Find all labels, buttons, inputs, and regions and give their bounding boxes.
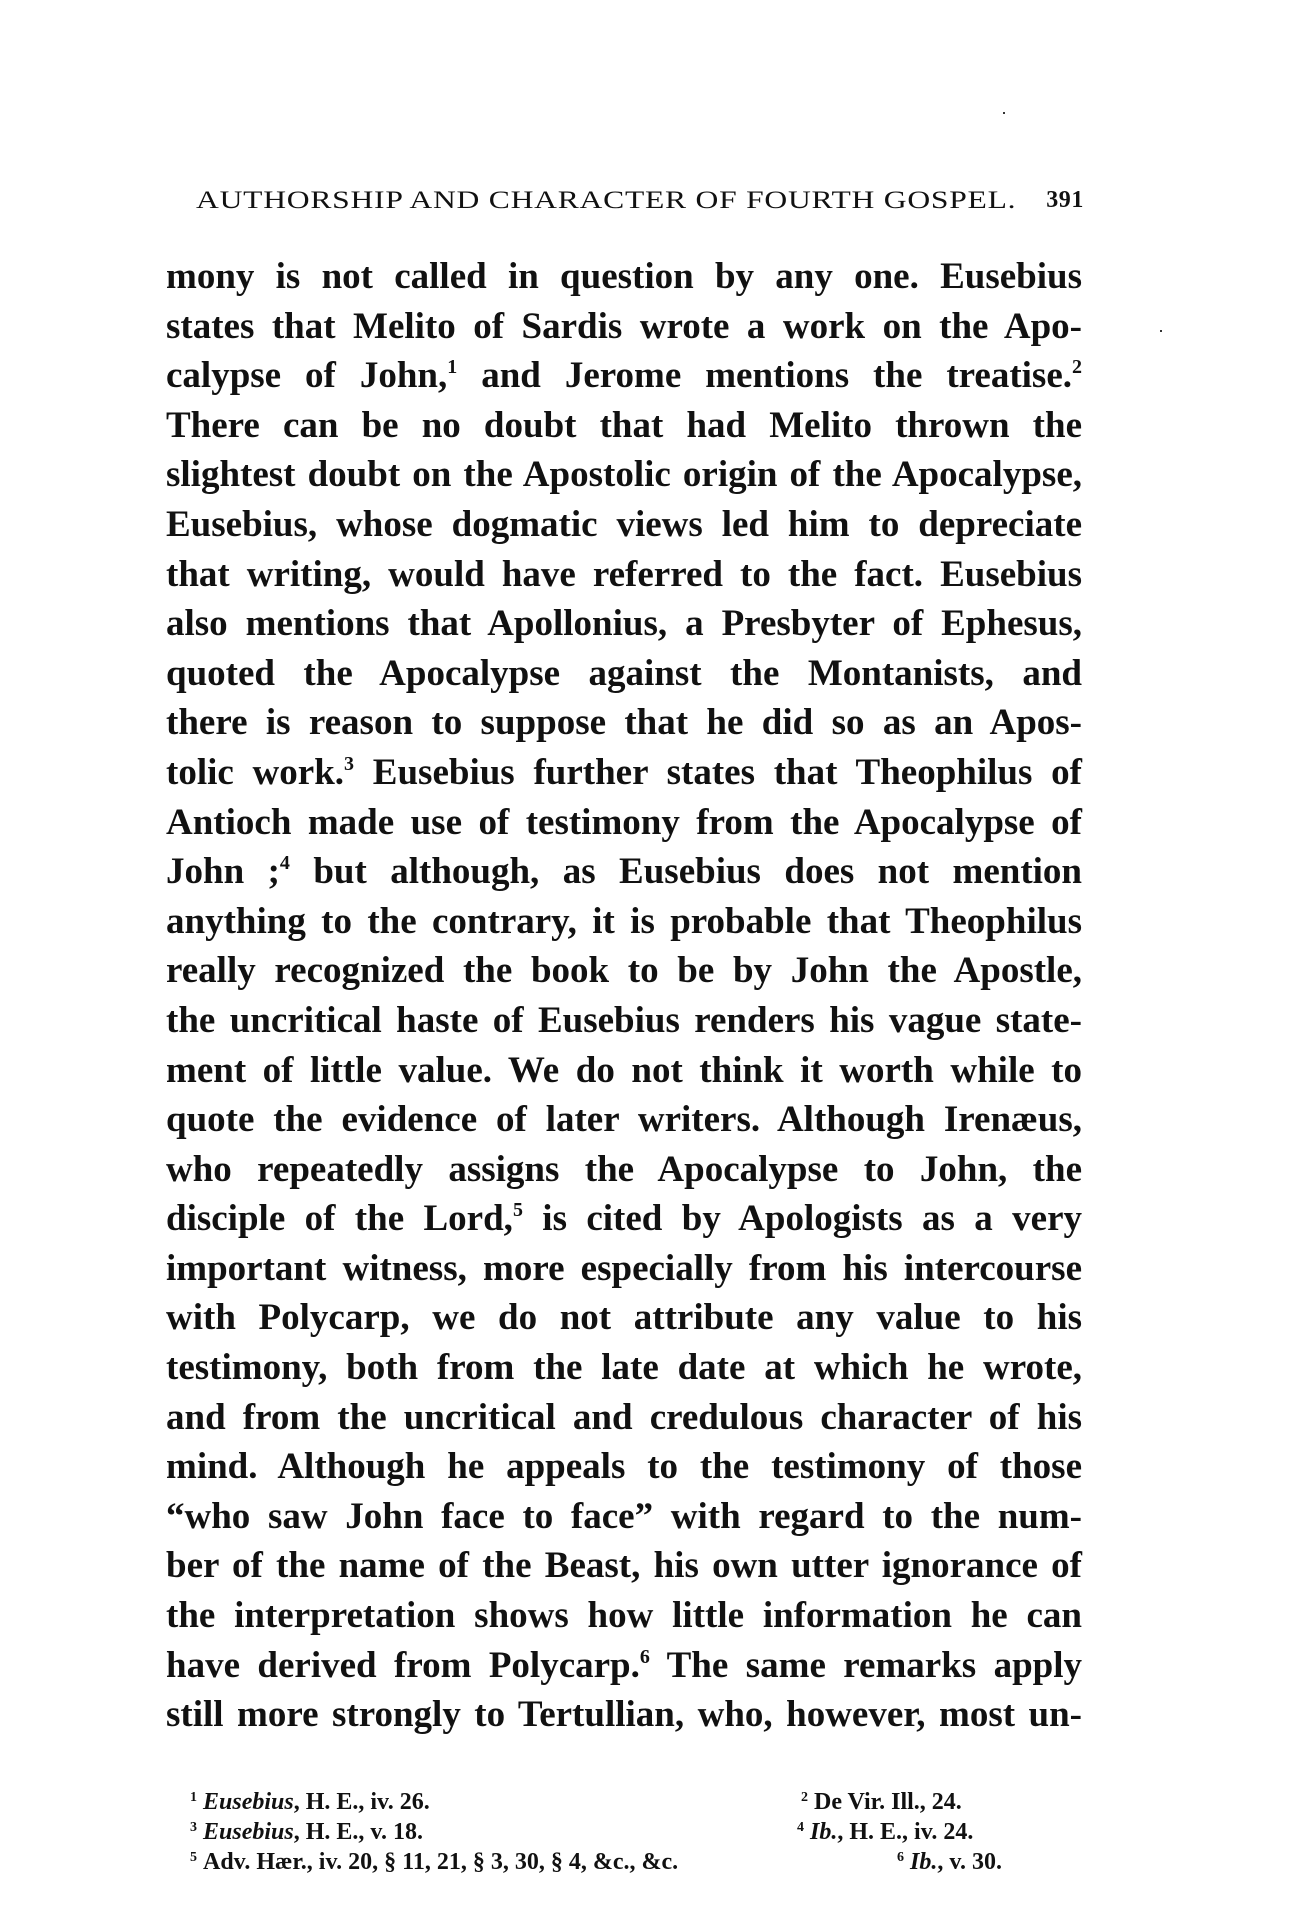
text-segment: The same remarks apply (650, 1645, 1082, 1686)
text-segment: states that Melito of Sardis wrote a wor… (166, 306, 1082, 347)
text-segment: who repeatedly assigns the Apocalypse to… (166, 1149, 1082, 1190)
text-line: who repeatedly assigns the Apocalypse to… (166, 1145, 1082, 1195)
text-segment: the interpretation shows how little info… (166, 1595, 1082, 1636)
text-segment: slightest doubt on the Apostolic origin … (166, 454, 1082, 495)
footnote-row: 3Eusebius, H. E., v. 18. 4Ib., H. E., iv… (190, 1813, 1080, 1843)
footnote-row: 5Adv. Hær., iv. 20, § 11, 21, § 3, 30, §… (190, 1843, 1080, 1873)
text-segment: ment of little value. We do not think it… (166, 1050, 1082, 1091)
text-line: there is reason to suppose that he did s… (166, 698, 1082, 748)
text-line: John ;4 but although, as Eusebius does n… (166, 847, 1082, 897)
page-number: 391 (1046, 187, 1084, 214)
footnote-reference: 2 (1072, 356, 1082, 378)
text-line: and from the uncritical and credulous ch… (166, 1393, 1082, 1443)
text-line: quote the evidence of later writers. Alt… (166, 1095, 1082, 1145)
text-segment: quote the evidence of later writers. Alt… (166, 1099, 1082, 1140)
text-segment: but although, as Eusebius does not menti… (290, 851, 1082, 892)
text-line: slightest doubt on the Apostolic origin … (166, 450, 1082, 500)
text-line: mony is not called in question by any on… (166, 252, 1082, 302)
text-line: the uncritical haste of Eusebius renders… (166, 996, 1082, 1046)
text-line: There can be no doubt that had Melito th… (166, 401, 1082, 451)
text-segment: that writing, would have referred to the… (166, 554, 1082, 595)
text-line: disciple of the Lord,5 is cited by Apolo… (166, 1194, 1082, 1244)
text-segment: important witness, more especially from … (166, 1248, 1082, 1289)
text-line: Eusebius, whose dogmatic views led him t… (166, 500, 1082, 550)
text-line: important witness, more especially from … (166, 1244, 1082, 1294)
footnote-reference: 6 (640, 1646, 650, 1668)
text-line: really recognized the book to be by John… (166, 946, 1082, 996)
text-line: also mentions that Apollonius, a Presbyt… (166, 599, 1082, 649)
text-segment: is cited by Apologists as a very (523, 1198, 1082, 1239)
text-line: the interpretation shows how little info… (166, 1591, 1082, 1641)
text-segment: ber of the name of the Beast, his own ut… (166, 1545, 1082, 1586)
text-line: calypse of John,1 and Jerome mentions th… (166, 351, 1082, 401)
text-segment: really recognized the book to be by John… (166, 950, 1082, 991)
book-page: AUTHORSHIP AND CHARACTER OF FOURTH GOSPE… (0, 0, 1292, 1925)
text-line: “who saw John face to face” with regard … (166, 1492, 1082, 1542)
text-line: still more strongly to Tertullian, who, … (166, 1690, 1082, 1740)
text-segment: there is reason to suppose that he did s… (166, 702, 1082, 743)
footnote-1: 1Eusebius, H. E., iv. 26. (190, 1783, 430, 1817)
text-segment: “who saw John face to face” with regard … (166, 1496, 1082, 1537)
text-line: mind. Although he appeals to the testimo… (166, 1442, 1082, 1492)
text-segment: also mentions that Apollonius, a Presbyt… (166, 603, 1082, 644)
text-segment: quoted the Apocalypse against the Montan… (166, 653, 1082, 694)
text-segment: and from the uncritical and credulous ch… (166, 1397, 1082, 1438)
footnote-5: 5Adv. Hær., iv. 20, § 11, 21, § 3, 30, §… (190, 1843, 678, 1877)
running-title: AUTHORSHIP AND CHARACTER OF FOURTH GOSPE… (196, 187, 1016, 215)
footnote-2: 2De Vir. Ill., 24. (801, 1783, 962, 1817)
text-segment: There can be no doubt that had Melito th… (166, 405, 1082, 446)
running-head: AUTHORSHIP AND CHARACTER OF FOURTH GOSPE… (196, 187, 1084, 221)
text-segment: Antioch made use of testimony from the A… (166, 802, 1082, 843)
footnote-6: 6Ib., v. 30. (897, 1843, 1002, 1877)
text-line: ber of the name of the Beast, his own ut… (166, 1541, 1082, 1591)
text-line: ment of little value. We do not think it… (166, 1046, 1082, 1096)
text-segment: tolic work. (166, 752, 344, 793)
text-segment: John ; (166, 851, 280, 892)
text-line: that writing, would have referred to the… (166, 550, 1082, 600)
footnote-3: 3Eusebius, H. E., v. 18. (190, 1813, 423, 1847)
text-segment: testimony, both from the late date at wh… (166, 1347, 1082, 1388)
text-segment: and Jerome mentions the treatise. (457, 355, 1072, 396)
text-line: states that Melito of Sardis wrote a wor… (166, 302, 1082, 352)
text-segment: calypse of John, (166, 355, 447, 396)
text-segment: still more strongly to Tertullian, who, … (166, 1694, 1082, 1735)
footnote-reference: 4 (280, 852, 290, 874)
text-line: with Polycarp, we do not attribute any v… (166, 1293, 1082, 1343)
footnote-row: 1Eusebius, H. E., iv. 26. 2De Vir. Ill.,… (190, 1783, 1080, 1813)
text-line: Antioch made use of testimony from the A… (166, 798, 1082, 848)
text-segment: with Polycarp, we do not attribute any v… (166, 1297, 1082, 1338)
text-segment: mind. Although he appeals to the testimo… (166, 1446, 1082, 1487)
body-text: mony is not called in question by any on… (166, 252, 1082, 1740)
text-segment: Eusebius, whose dogmatic views led him t… (166, 504, 1082, 545)
scan-speck (1160, 330, 1162, 332)
footnote-reference: 3 (344, 753, 354, 775)
text-line: anything to the contrary, it is probable… (166, 897, 1082, 947)
footnote-reference: 5 (513, 1199, 523, 1221)
text-line: quoted the Apocalypse against the Montan… (166, 649, 1082, 699)
footnote-reference: 1 (447, 356, 457, 378)
text-line: have derived from Polycarp.6 The same re… (166, 1641, 1082, 1691)
text-line: tolic work.3 Eusebius further states tha… (166, 748, 1082, 798)
text-segment: disciple of the Lord, (166, 1198, 513, 1239)
text-line: testimony, both from the late date at wh… (166, 1343, 1082, 1393)
text-segment: mony is not called in question by any on… (166, 256, 1082, 297)
text-segment: anything to the contrary, it is probable… (166, 901, 1082, 942)
footnotes: 1Eusebius, H. E., iv. 26. 2De Vir. Ill.,… (190, 1783, 1080, 1873)
text-segment: have derived from Polycarp. (166, 1645, 640, 1686)
text-segment: Eusebius further states that Theophilus … (354, 752, 1082, 793)
scan-speck (1003, 112, 1005, 114)
footnote-4: 4Ib., H. E., iv. 24. (797, 1813, 973, 1847)
text-segment: the uncritical haste of Eusebius renders… (166, 1000, 1082, 1041)
